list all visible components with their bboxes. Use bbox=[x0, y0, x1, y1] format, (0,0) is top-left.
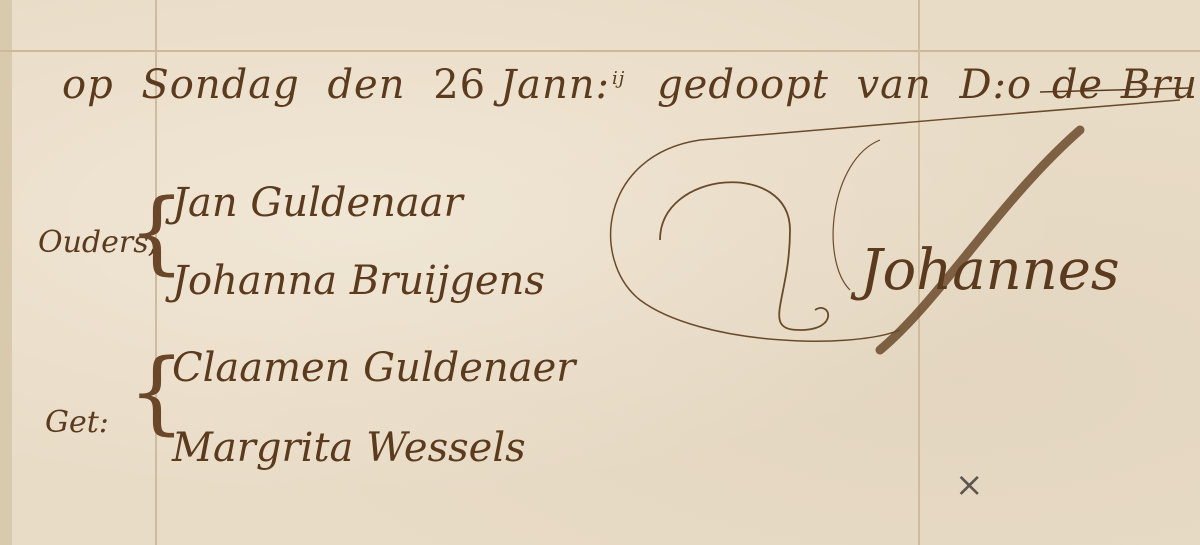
cross-mark-icon: × bbox=[955, 465, 984, 505]
witnesses-label: Get: bbox=[45, 405, 109, 440]
father-name: Jan Guldenaar bbox=[172, 180, 463, 226]
mother-name: Johanna Bruijgens bbox=[172, 258, 545, 304]
child-name: Johannes bbox=[860, 238, 1120, 303]
witness-1-name: Claamen Guldenaer bbox=[172, 345, 575, 391]
witness-2-name: Margrita Wessels bbox=[172, 425, 526, 471]
